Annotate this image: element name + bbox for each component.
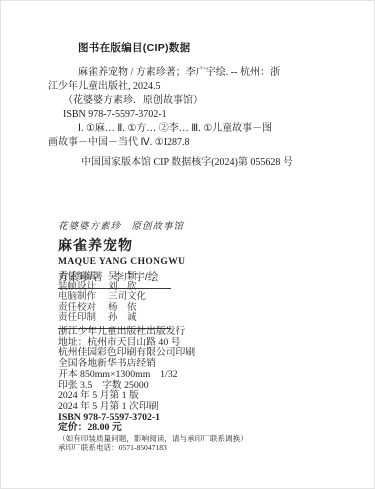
cip-record-line2: 江少年儿童出版社, 2024.5: [48, 80, 348, 94]
cip-section: 图书在版编目(CIP)数据 麻雀养宠物 / 方素珍著；李广宇绘. -- 杭州：浙…: [48, 41, 348, 170]
publication-section: 浙江少年儿童出版社出版发行 地址：杭州市天目山路 40 号 杭州佳园彩色印刷有限…: [58, 327, 338, 452]
credit-name: 杨 依: [108, 302, 137, 313]
credits-section: 责任编辑吴 颖 装帧设计刘 欣 电脑制作三司文化 责任校对杨 依 责任印制孙 诚: [58, 272, 258, 329]
credit-name: 孙 诚: [108, 312, 137, 323]
cip-record-line1: 麻雀养宠物 / 方素珍著；李广宇绘. -- 杭州：浙: [48, 66, 348, 80]
price-line: 定价：28.00 元: [58, 423, 338, 434]
printer-phone-line: 承印厂联系电话：0571-85047183: [58, 443, 338, 452]
credit-name: 三司文化: [108, 291, 146, 302]
credit-row: 责任印制孙 诚: [58, 313, 258, 323]
credit-role: 责任印制: [58, 312, 96, 323]
cip-record-number: 中国国家版本馆 CIP 数据核字(2024)第 055628 号: [48, 156, 348, 170]
cip-index-line2: 画故事－中国－当代 Ⅳ. ①I287.8: [48, 136, 348, 150]
series-title: 花婆婆方素珍 原创故事馆: [58, 218, 318, 232]
cip-series-note: （花婆婆方素珍．原创故事馆）: [48, 94, 348, 108]
book-title: 麻雀养宠物: [58, 235, 318, 255]
cip-isbn: ISBN 978-7-5597-3702-1: [48, 108, 348, 122]
book-title-pinyin: MAQUE YANG CHONGWU: [58, 257, 318, 267]
cip-heading: 图书在版编目(CIP)数据: [78, 41, 348, 55]
quality-note-line: （如有印装质量问题，影响阅读，请与承印厂联系调换）: [58, 434, 338, 443]
format-line: 开本 850mm×1300mm 1/32: [58, 370, 338, 381]
copyright-page: 图书在版编目(CIP)数据 麻雀养宠物 / 方素珍著；李广宇绘. -- 杭州：浙…: [0, 0, 375, 489]
cip-index-line1: Ⅰ. ①麻… Ⅱ. ①方… ②李… Ⅲ. ①儿童故事－图: [48, 122, 348, 136]
